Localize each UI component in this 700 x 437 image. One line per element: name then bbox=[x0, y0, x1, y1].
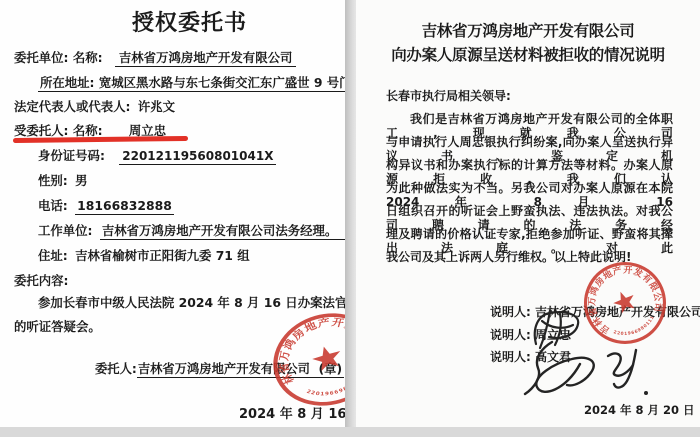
scanned-documents: 授权委托书 委托单位: 名称: 吉林省万鸿房地产开发有限公司 所在地址: 宽城区… bbox=[0, 0, 700, 437]
statement-salutation: 长春市执行局相关领导: bbox=[386, 90, 511, 104]
principal-suffix: (章) bbox=[319, 362, 343, 376]
field-label: 工作单位: bbox=[38, 223, 93, 238]
field-value: 许兆文 bbox=[138, 99, 175, 114]
field-value: 宽城区黑水路与东七条街交汇东广盛世 9 号门市 bbox=[99, 75, 364, 90]
poa-title: 授权委托书 bbox=[132, 11, 247, 36]
person-value: 高文君 bbox=[535, 350, 571, 364]
field-phone: 电话: 18166832888 bbox=[38, 199, 174, 213]
field-employer: 工作单位: 吉林省万鸿房地产开发有限公司法务经理。 bbox=[38, 224, 345, 238]
scan-edge-strip bbox=[0, 427, 700, 437]
signature-gao-wenjun bbox=[522, 336, 664, 400]
field-value: 18166832888 bbox=[75, 198, 174, 215]
person-value: 周立忠 bbox=[535, 328, 571, 342]
red-marker-underline bbox=[13, 136, 188, 143]
seal-company-text: 吉林省万鸿房地产开发有限公司 bbox=[574, 252, 671, 340]
field-id-number: 身份证号码: 22012119560801041X bbox=[38, 149, 276, 164]
principal-line: 委托人:吉林省万鸿房地产开发有限公司 (章) bbox=[95, 362, 344, 376]
field-value: 22012119560801041X bbox=[119, 149, 276, 165]
statement-date: 2024 年 8 月 20 日 bbox=[584, 404, 695, 417]
power-of-attorney-page: 授权委托书 委托单位: 名称: 吉林省万鸿房地产开发有限公司 所在地址: 宽城区… bbox=[0, 0, 345, 437]
field-legal-rep: 法定代表人或代表人: 许兆文 bbox=[14, 100, 175, 114]
person-value: 吉林省万鸿房地产开发有限公司 bbox=[535, 305, 700, 319]
person-label: 说明人: bbox=[490, 350, 531, 364]
entrust-content-line1: 参加长春市中级人民法院 2024 年 8 月 16 日办案法官原源组织 bbox=[38, 296, 397, 310]
statement-person-row: 说明人: 吉林省万鸿房地产开发有限公司 bbox=[490, 306, 700, 320]
entrust-content-label: 委托内容: bbox=[14, 274, 69, 288]
statement-title-line2: 向办案人原源呈送材料被拒收的情况说明 bbox=[356, 47, 700, 65]
svg-text:吉林省万鸿房地产开发有限公司: 吉林省万鸿房地产开发有限公司 bbox=[574, 252, 671, 340]
field-label: 受委托人: 名称: bbox=[14, 123, 103, 138]
statement-person-row: 说明人: 高文君 bbox=[490, 351, 571, 365]
field-label: 委托单位: 名称: bbox=[14, 50, 103, 65]
field-label: 身份证号码: bbox=[38, 148, 105, 163]
field-residence: 住址: 吉林省榆树市正阳街九委 71 组 bbox=[38, 249, 250, 263]
field-address: 所在地址: 宽城区黑水路与东七条街交汇东广盛世 9 号门市 bbox=[38, 76, 366, 90]
statement-person-row: 说明人: 周立忠 bbox=[490, 329, 571, 343]
field-value: 男 bbox=[75, 173, 87, 188]
field-entrusting-unit: 委托单位: 名称: 吉林省万鸿房地产开发有限公司 bbox=[14, 51, 296, 65]
person-label: 说明人: bbox=[490, 328, 531, 342]
field-label: 所在地址: bbox=[40, 75, 95, 90]
statement-page: 吉林省万鸿房地产开发有限公司 向办案人原源呈送材料被拒收的情况说明 长春市执行局… bbox=[356, 0, 700, 437]
page-gap-divider bbox=[345, 0, 356, 437]
field-value: 吉林省万鸿房地产开发有限公司法务经理。 bbox=[100, 223, 345, 240]
field-value: 吉林省榆树市正阳街九委 71 组 bbox=[75, 248, 250, 263]
statement-title-line1: 吉林省万鸿房地产开发有限公司 bbox=[356, 23, 700, 41]
principal-value: 吉林省万鸿房地产开发有限公司 bbox=[138, 362, 310, 376]
field-label: 性别: bbox=[38, 173, 68, 188]
field-label: 住址: bbox=[38, 248, 68, 263]
field-label: 电话: bbox=[38, 198, 68, 213]
principal-label: 委托人: bbox=[95, 362, 137, 376]
field-label: 法定代表人或代表人: bbox=[14, 99, 130, 114]
field-gender: 性别: 男 bbox=[38, 174, 87, 188]
statement-body-line: 我公司及其上诉两人另行维权。以上特此说明! bbox=[386, 250, 673, 264]
person-label: 说明人: bbox=[490, 305, 531, 319]
entrust-content-line2: 的听证答疑会。 bbox=[14, 320, 101, 334]
field-value: 吉林省万鸿房地产开发有限公司 bbox=[115, 50, 296, 67]
